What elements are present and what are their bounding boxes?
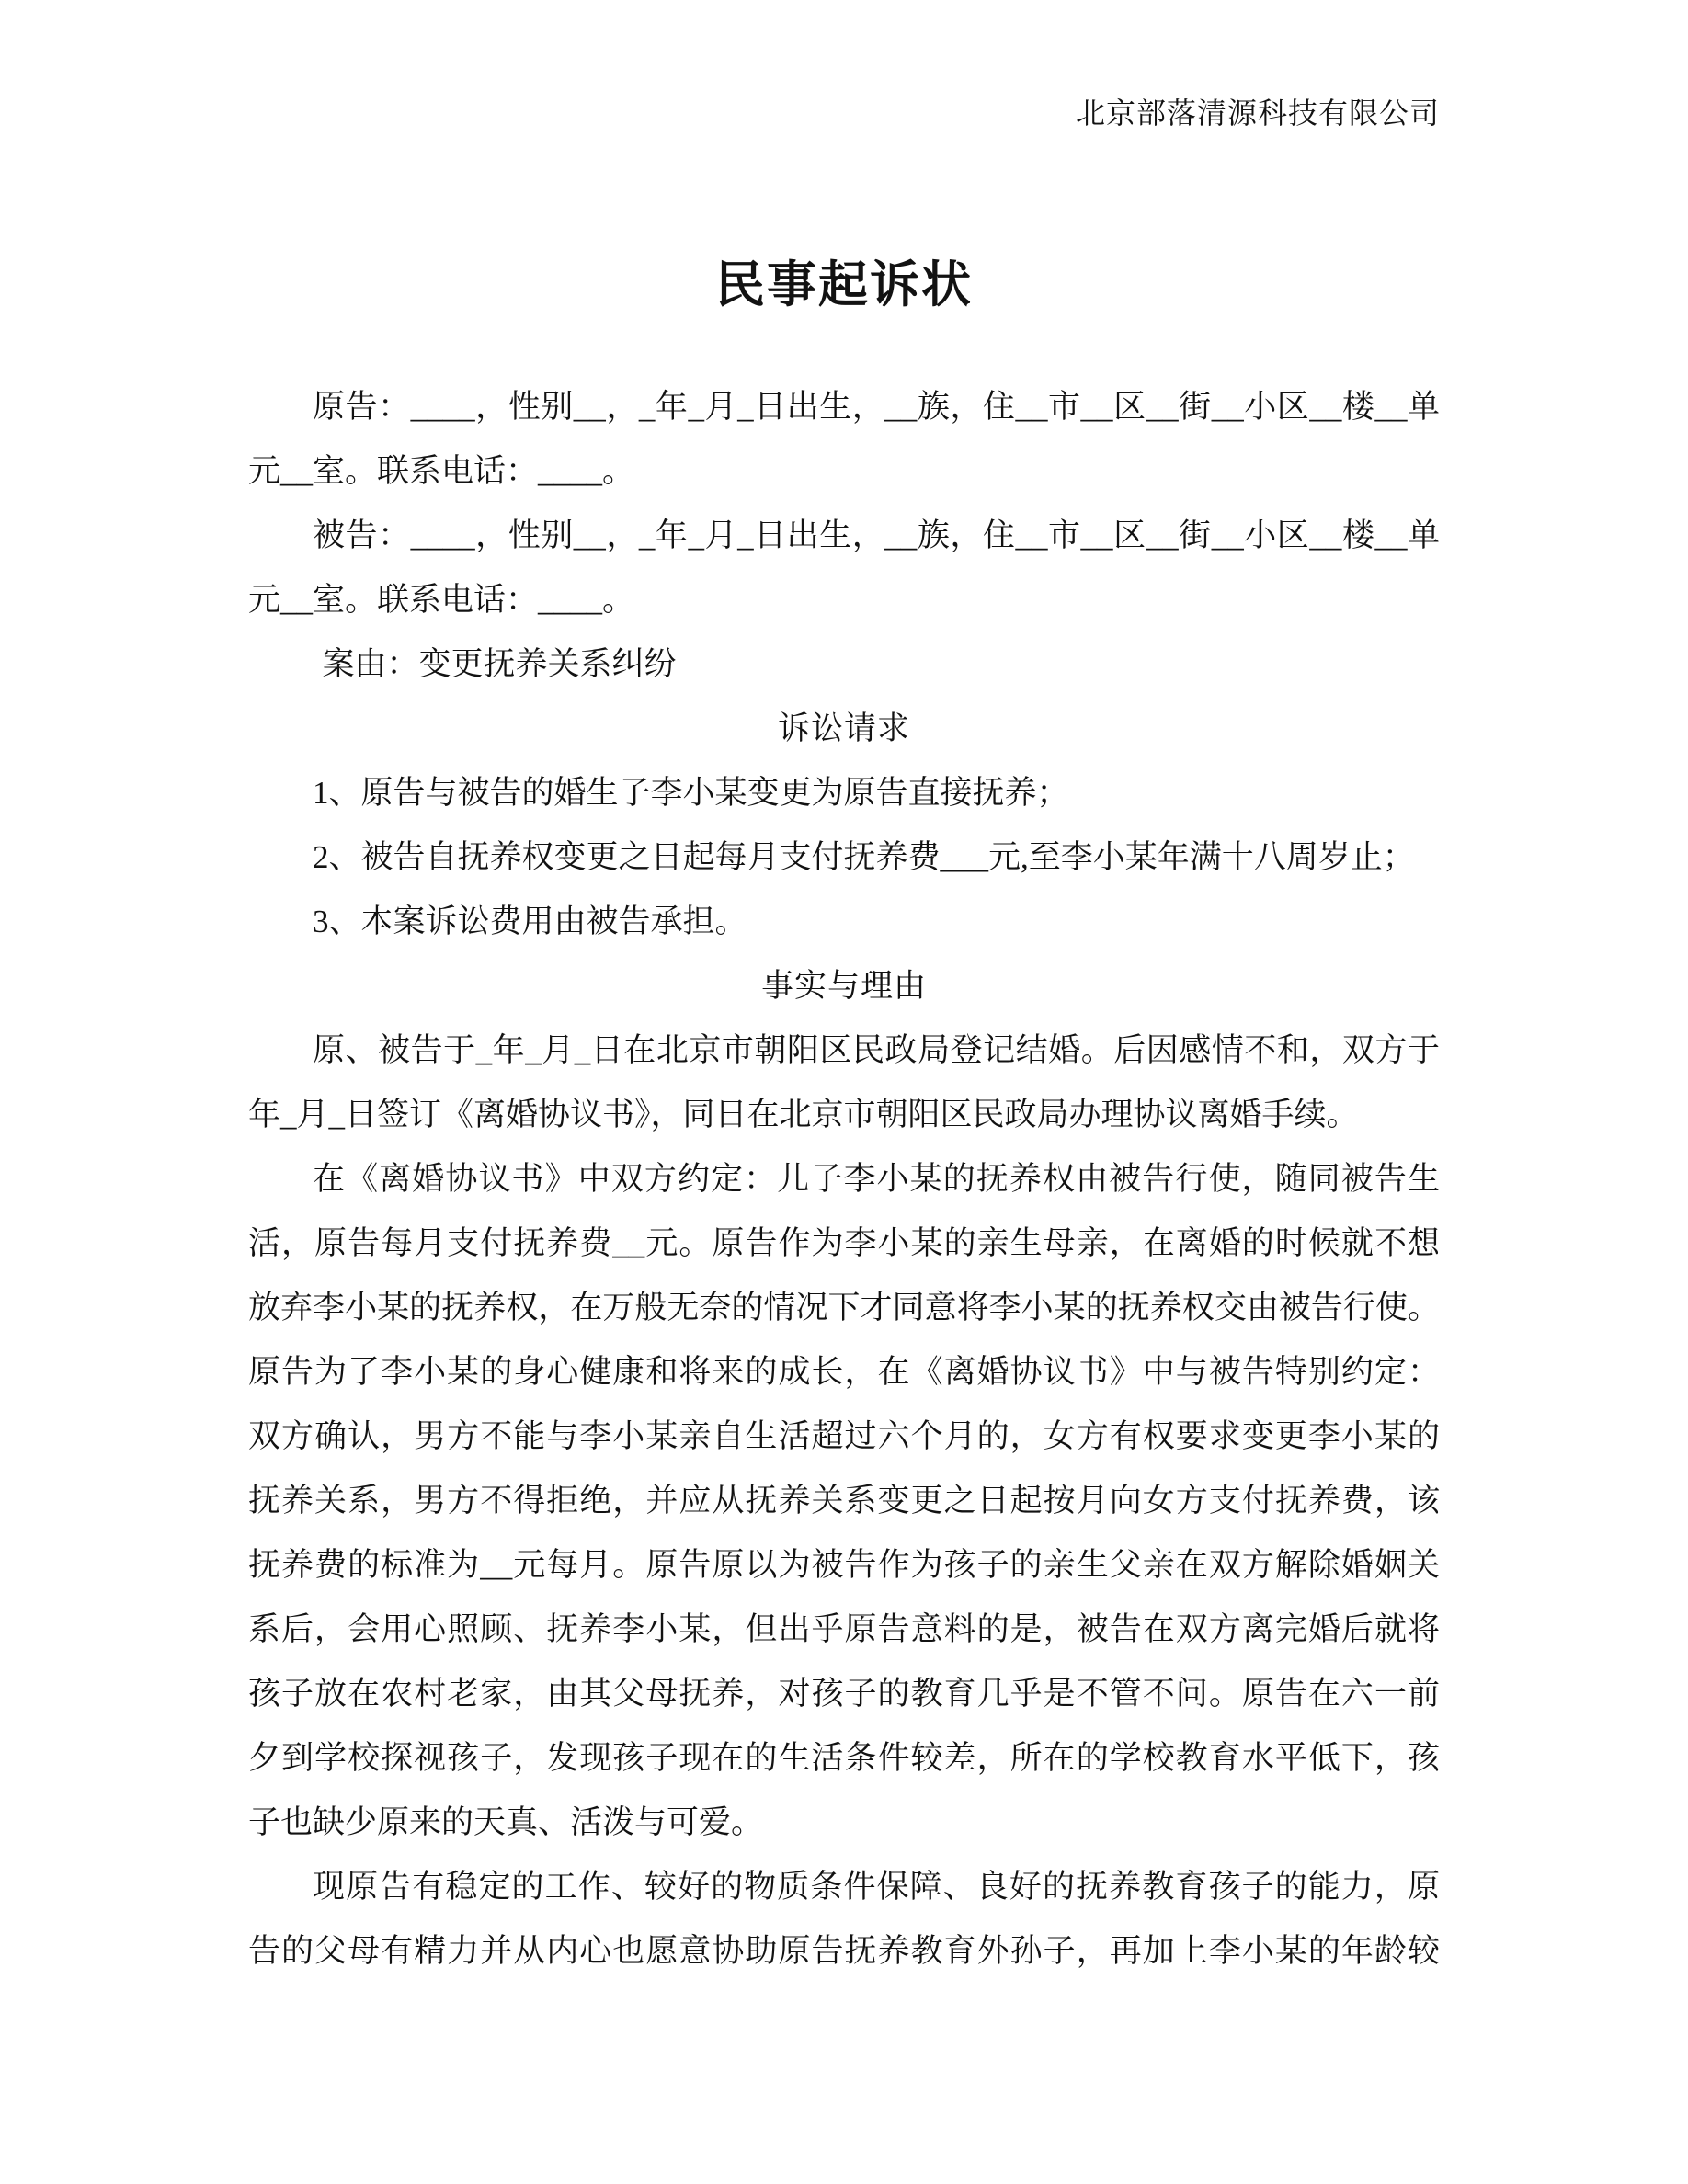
text-line: 现原告有稳定的工作、较好的物质条件保障、良好的抚养教育孩子的能力，原 bbox=[248, 1855, 1440, 1919]
text-line: 告的父母有精力并从内心也愿意协助原告抚养教育外孙子，再加上李小某的年龄较 bbox=[248, 1919, 1440, 1984]
text-line: 被告：____，性别__，_年_月_日出生，__族，住__市__区__街__小区… bbox=[248, 504, 1440, 568]
text-line: 夕到学校探视孩子，发现孩子现在的生活条件较差，所在的学校教育水平低下，孩 bbox=[248, 1726, 1440, 1791]
text-line: 原、被告于_年_月_日在北京市朝阳区民政局登记结婚。后因感情不和，双方于 bbox=[248, 1018, 1440, 1083]
text-line: 抚养关系，男方不得拒绝，并应从抚养关系变更之日起按月向女方支付抚养费，该 bbox=[248, 1469, 1440, 1533]
text-line: 子也缺少原来的天真、活泼与可爱。 bbox=[248, 1791, 1440, 1855]
claim-item: 2、被告自抚养权变更之日起每月支付抚养费___元,至李小某年满十八周岁止； bbox=[248, 825, 1440, 890]
text-line: 双方确认，男方不能与李小某亲自生活超过六个月的，女方有权要求变更李小某的 bbox=[248, 1405, 1440, 1469]
text-line: 元__室。联系电话：____。 bbox=[248, 568, 1440, 632]
document-body: 原告：____，性别__，_年_月_日出生，__族，住__市__区__街__小区… bbox=[248, 375, 1440, 1984]
text-line: 孩子放在农村老家，由其父母抚养，对孩子的教育几乎是不管不问。原告在六一前 bbox=[248, 1662, 1440, 1726]
text-line: 抚养费的标准为__元每月。原告原以为被告作为孩子的亲生父亲在双方解除婚姻关 bbox=[248, 1533, 1440, 1598]
document-title: 民事起诉状 bbox=[248, 250, 1440, 320]
section-heading: 诉讼请求 bbox=[248, 697, 1440, 761]
text-line: 年_月_日签订《离婚协议书》，同日在北京市朝阳区民政局办理协议离婚手续。 bbox=[248, 1083, 1440, 1147]
section-heading: 事实与理由 bbox=[248, 954, 1440, 1018]
text-line: 原告为了李小某的身心健康和将来的成长，在《离婚协议书》中与被告特别约定： bbox=[248, 1340, 1440, 1405]
text-line: 活，原告每月支付抚养费__元。原告作为李小某的亲生母亲，在离婚的时候就不想 bbox=[248, 1211, 1440, 1276]
claim-item: 1、原告与被告的婚生子李小某变更为原告直接抚养； bbox=[248, 761, 1440, 825]
text-line: 放弃李小某的抚养权，在万般无奈的情况下才同意将李小某的抚养权交由被告行使。 bbox=[248, 1276, 1440, 1340]
text-line: 元__室。联系电话：____。 bbox=[248, 439, 1440, 504]
text-line: 原告：____，性别__，_年_月_日出生，__族，住__市__区__街__小区… bbox=[248, 375, 1440, 439]
company-header: 北京部落清源科技有限公司 bbox=[248, 95, 1440, 131]
text-line: 在《离婚协议书》中双方约定：儿子李小某的抚养权由被告行使，随同被告生 bbox=[248, 1147, 1440, 1211]
claim-item: 3、本案诉讼费用由被告承担。 bbox=[248, 890, 1440, 954]
text-line: 系后，会用心照顾、抚养李小某，但出乎原告意料的是，被告在双方离完婚后就将 bbox=[248, 1598, 1440, 1662]
document-page: 北京部落清源科技有限公司 民事起诉状 原告：____，性别__，_年_月_日出生… bbox=[0, 0, 1688, 2184]
text-line: 案由：变更抚养关系纠纷 bbox=[248, 632, 1440, 697]
